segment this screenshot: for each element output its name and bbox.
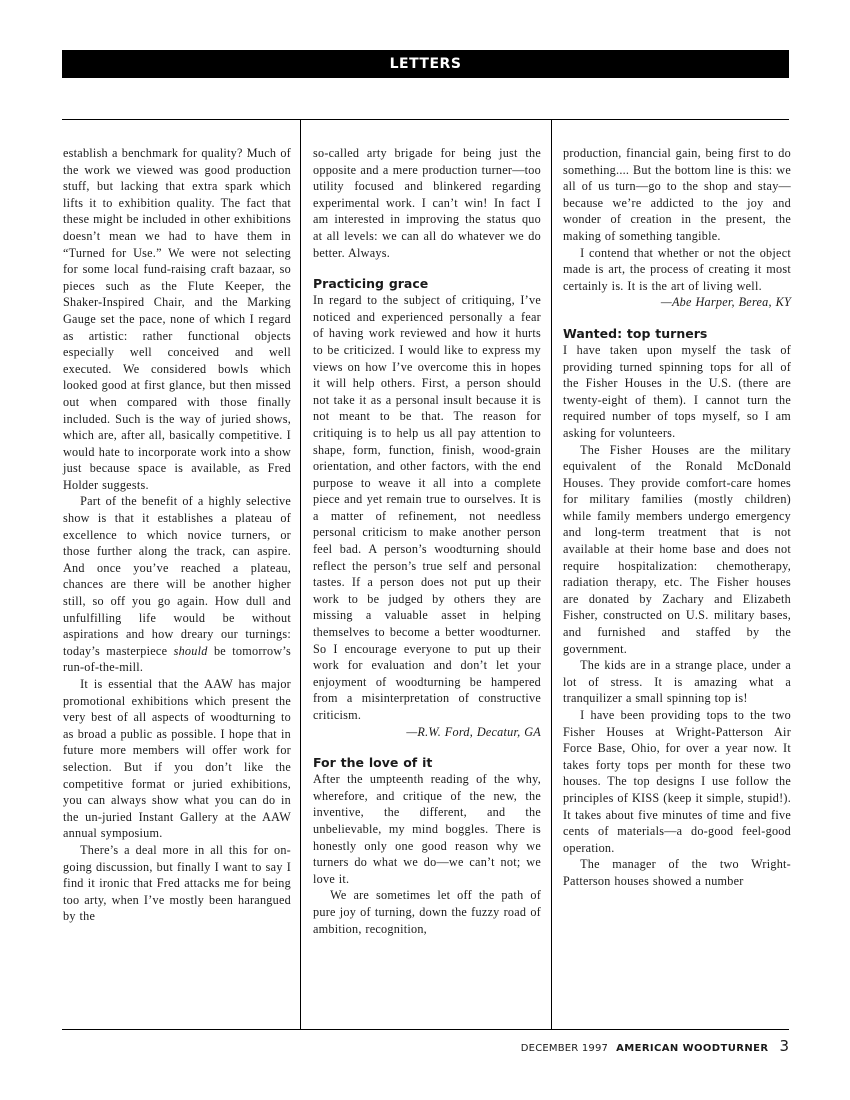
paragraph: There’s a deal more in all this for on-g… [63, 842, 291, 925]
letter-heading-wanted-top-turners: Wanted: top turners [563, 326, 791, 342]
bottom-rule [62, 1029, 789, 1030]
text-column-3: production, financial gain, being first … [563, 145, 791, 890]
letter-heading-practicing-grace: Practicing grace [313, 276, 541, 292]
paragraph: After the umpteenth reading of the why, … [313, 771, 541, 887]
column-divider-2 [551, 119, 552, 1029]
paragraph: I have taken upon myself the task of pro… [563, 342, 791, 442]
paragraph: It is essential that the AAW has major p… [63, 676, 291, 842]
letter-heading-for-the-love-of-it: For the love of it [313, 755, 541, 771]
paragraph-text: Part of the benefit of a highly selectiv… [63, 494, 291, 657]
page-footer: DECEMBER 1997 AMERICAN WOODTURNER 3 [521, 1037, 789, 1055]
text-column-1: establish a benchmark for quality? Much … [63, 145, 291, 925]
paragraph: I contend that whether or not the object… [563, 245, 791, 295]
paragraph: establish a benchmark for quality? Much … [63, 145, 291, 493]
issue-date: DECEMBER 1997 [521, 1043, 608, 1054]
paragraph: so-called arty brigade for being just th… [313, 145, 541, 261]
page-number: 3 [779, 1037, 789, 1055]
paragraph: I have been providing tops to the two Fi… [563, 707, 791, 856]
text-column-2: so-called arty brigade for being just th… [313, 145, 541, 937]
top-rule [62, 119, 789, 120]
paragraph: In regard to the subject of critiquing, … [313, 292, 541, 723]
paragraph: The Fisher Houses are the military equiv… [563, 442, 791, 658]
emphasis-text: should [174, 644, 208, 658]
paragraph: production, financial gain, being first … [563, 145, 791, 245]
section-header: LETTERS [62, 50, 789, 78]
letter-signature: —R.W. Ford, Decatur, GA [313, 724, 541, 741]
paragraph: We are sometimes let off the path of pur… [313, 887, 541, 937]
magazine-title: AMERICAN WOODTURNER [616, 1043, 768, 1054]
paragraph: The manager of the two Wright-Patterson … [563, 856, 791, 889]
letter-signature: —Abe Harper, Berea, KY [563, 294, 791, 311]
paragraph: The kids are in a strange place, under a… [563, 657, 791, 707]
column-divider-1 [300, 119, 301, 1029]
paragraph: Part of the benefit of a highly selectiv… [63, 493, 291, 676]
